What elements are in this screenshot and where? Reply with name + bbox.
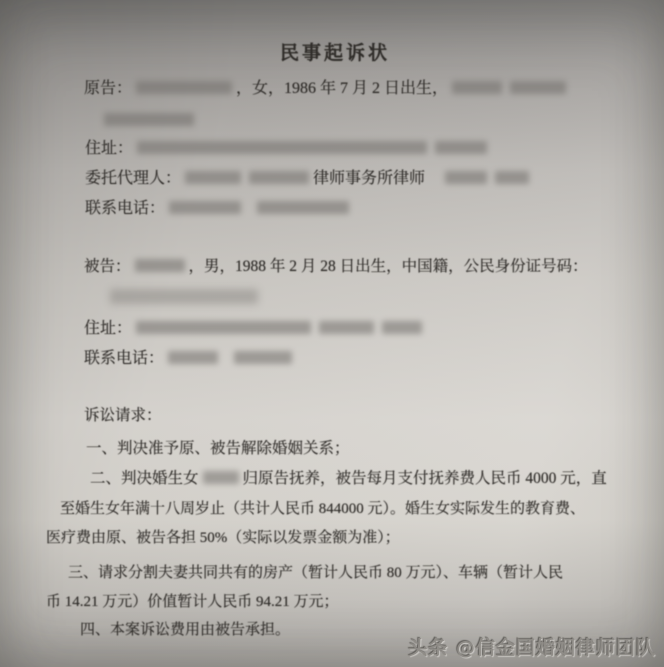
- redacted-text: [104, 113, 194, 126]
- redacted-text: [495, 171, 529, 184]
- claims-heading: 诉讼请求：: [0, 406, 664, 426]
- redacted-text: [510, 81, 566, 94]
- plaintiff-phone-line: 联系电话：: [0, 199, 664, 219]
- text-segment: 住址：: [84, 320, 132, 337]
- text-segment: 三、请求分割夫妻共同共有的房产（暂计人民币 80 万元）、车辆（暂计人民: [68, 565, 563, 581]
- text-segment: 委托代理人：: [85, 170, 181, 187]
- redacted-text: [319, 321, 374, 334]
- defendant-address-line: 住址：: [0, 319, 664, 339]
- text-segment: 住址：: [85, 140, 133, 157]
- text-segment: 医疗费由原、被告各担 50%（实际以发票金额为准）；: [46, 530, 400, 546]
- claim-2-line-1: 二、判决婚生女归原告抚养，被告每月支付抚养费人民币 4000 元，直: [0, 469, 664, 489]
- defendant-line: 被告：，男，1988 年 2 月 28 日出生，中国籍，公民身份证号码：: [0, 257, 664, 277]
- text-segment: 二、判决婚生女: [90, 470, 199, 487]
- plaintiff-address-line: 住址：: [0, 139, 664, 159]
- document-lines: 原告：，女，1986 年 7 月 2 日出生，住址：委托代理人：律师事务所律师 …: [0, 79, 664, 640]
- redacted-text: [185, 171, 241, 184]
- text-segment: 一、判决准予原、被告解除婚姻关系；: [86, 440, 350, 457]
- text-segment: 原告：: [84, 80, 132, 97]
- redacted-text: [435, 141, 487, 154]
- claim-2-line-3: 医疗费由原、被告各担 50%（实际以发票金额为准）；: [0, 528, 664, 548]
- photographed-document: 民事起诉状 原告：，女，1986 年 7 月 2 日出生，住址：委托代理人：律师…: [0, 0, 664, 667]
- redacted-text: [234, 351, 292, 364]
- text-segment: 联系电话：: [85, 200, 165, 217]
- text-segment: [222, 350, 230, 367]
- redacted-text: [382, 321, 422, 334]
- plaintiff-line-cont: [0, 111, 664, 131]
- text-segment: 四、本案诉讼费用由被告承担。: [80, 622, 290, 638]
- text-segment: [425, 170, 441, 187]
- text-segment: 诉讼请求：: [84, 407, 162, 424]
- text-segment: 被告：: [84, 258, 131, 275]
- document-title: 民事起诉状: [6, 42, 664, 66]
- defendant-id-line: [0, 289, 664, 309]
- claim-3-line-2: 币 14.21 万元）价值暂计人民币 94.21 万元；: [0, 592, 664, 612]
- text-segment: 联系电话：: [84, 350, 164, 367]
- claim-1: 一、判决准予原、被告解除婚姻关系；: [0, 439, 664, 459]
- watermark-credit: 头条 @信金国婚姻律师团队: [408, 633, 656, 660]
- text-segment: [245, 200, 253, 217]
- text-segment: 至婚生女年满十八周岁止（共计人民币 844000 元）。婚生女实际发生的教育费、: [60, 501, 585, 517]
- redacted-text: [169, 201, 241, 214]
- civil-complaint-document: 民事起诉状 原告：，女，1986 年 7 月 2 日出生，住址：委托代理人：律师…: [0, 0, 664, 667]
- redacted-text: [249, 171, 309, 184]
- claim-3-line-1: 三、请求分割夫妻共同共有的房产（暂计人民币 80 万元）、车辆（暂计人民: [0, 563, 664, 583]
- claim-2-line-2: 至婚生女年满十八周岁止（共计人民币 844000 元）。婚生女实际发生的教育费、: [0, 499, 664, 519]
- redacted-text: [110, 289, 258, 304]
- defendant-phone-line: 联系电话：: [0, 349, 664, 369]
- redacted-text: [445, 171, 487, 184]
- redacted-text: [203, 471, 239, 484]
- text-segment: 律师事务所律师: [313, 170, 425, 187]
- redacted-text: [168, 351, 218, 364]
- redacted-text: [136, 81, 232, 94]
- redacted-text: [136, 321, 311, 334]
- text-segment: ，男，1988 年 2 月 28 日出生，中国籍，公民身份证号码：: [189, 258, 588, 275]
- redacted-text: [257, 201, 349, 214]
- redacted-text: [452, 81, 502, 94]
- text-segment: ，女，1986 年 7 月 2 日出生，: [236, 80, 448, 97]
- attorney-line: 委托代理人：律师事务所律师: [0, 169, 664, 189]
- text-segment: 币 14.21 万元）价值暂计人民币 94.21 万元；: [46, 594, 339, 610]
- redacted-text: [137, 141, 427, 154]
- text-segment: 归原告抚养，被告每月支付抚养费人民币 4000 元，直: [243, 470, 607, 487]
- redacted-text: [135, 259, 185, 272]
- plaintiff-line: 原告：，女，1986 年 7 月 2 日出生，: [0, 79, 664, 99]
